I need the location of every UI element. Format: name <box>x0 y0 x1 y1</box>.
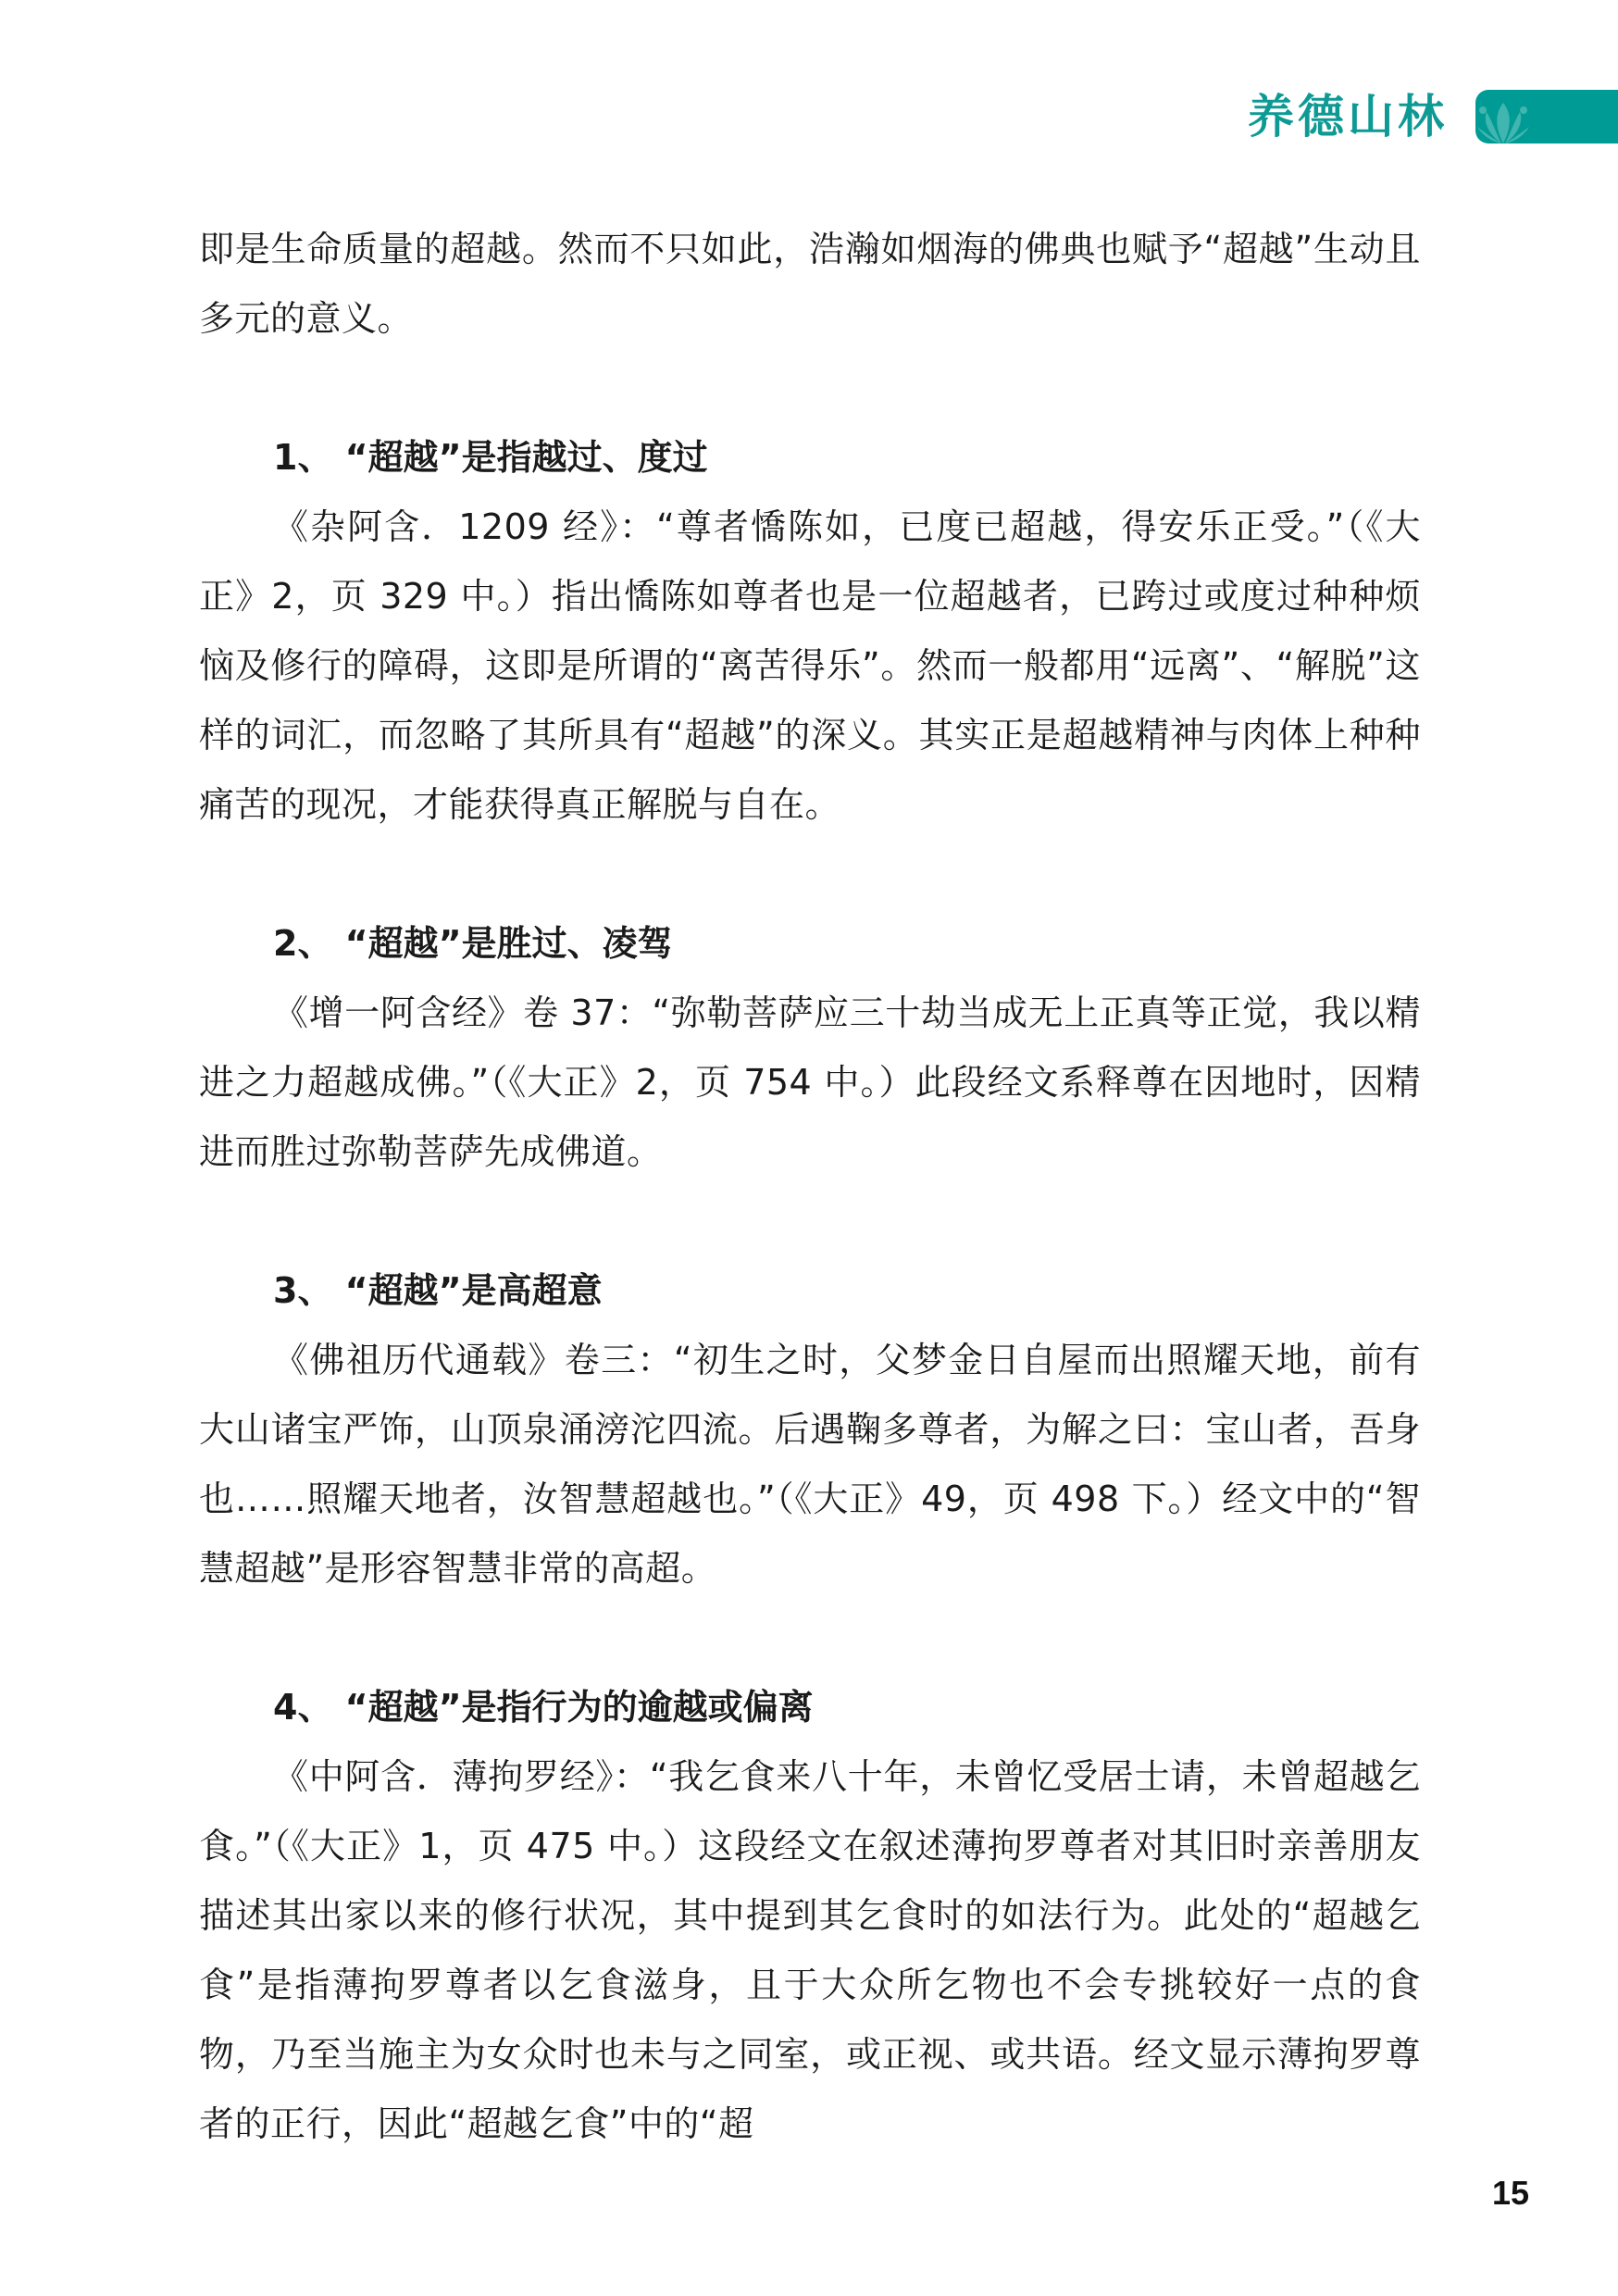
section-4: 4、 “超越”是指行为的逾越或偏离 《中阿含．薄拘罗经》：“我乞食来八十年，未曾… <box>199 1673 1421 2159</box>
section-paragraph: 《中阿含．薄拘罗经》：“我乞食来八十年，未曾忆受居士请，未曾超越乞食。”（《大正… <box>199 1742 1421 2159</box>
page-content: 即是生命质量的超越。然而不只如此，浩瀚如烟海的佛典也赋予“超越”生动且多元的意义… <box>199 215 1421 2159</box>
section-2: 2、 “超越”是胜过、凌驾 《增一阿含经》卷 37：“弥勒菩萨应三十劫当成无上正… <box>199 909 1421 1187</box>
section-heading: 3、 “超越”是高超意 <box>199 1256 1421 1326</box>
section-paragraph: 《增一阿含经》卷 37：“弥勒菩萨应三十劫当成无上正真等正觉，我以精进之力超越成… <box>199 979 1421 1187</box>
intro-paragraph: 即是生命质量的超越。然而不只如此，浩瀚如烟海的佛典也赋予“超越”生动且多元的意义… <box>199 215 1421 354</box>
section-heading: 4、 “超越”是指行为的逾越或偏离 <box>199 1673 1421 1742</box>
section-heading: 2、 “超越”是胜过、凌驾 <box>199 909 1421 979</box>
section-heading: 1、 “超越”是指越过、度过 <box>199 423 1421 493</box>
lotus-icon <box>1477 101 1529 143</box>
page-header: 养德山林 <box>1248 88 1618 145</box>
section-3: 3、 “超越”是高超意 《佛祖历代通载》卷三：“初生之时，父梦金日自屋而出照耀天… <box>199 1256 1421 1603</box>
page-number: 15 <box>1492 2174 1529 2213</box>
brand-tab <box>1475 90 1618 143</box>
section-1: 1、 “超越”是指越过、度过 《杂阿含．1209 经》：“尊者憍陈如，已度已超越… <box>199 423 1421 840</box>
brand-title: 养德山林 <box>1248 88 1448 145</box>
section-paragraph: 《佛祖历代通载》卷三：“初生之时，父梦金日自屋而出照耀天地，前有大山诸宝严饰，山… <box>199 1326 1421 1603</box>
section-paragraph: 《杂阿含．1209 经》：“尊者憍陈如，已度已超越，得安乐正受。”（《大正》2，… <box>199 493 1421 840</box>
